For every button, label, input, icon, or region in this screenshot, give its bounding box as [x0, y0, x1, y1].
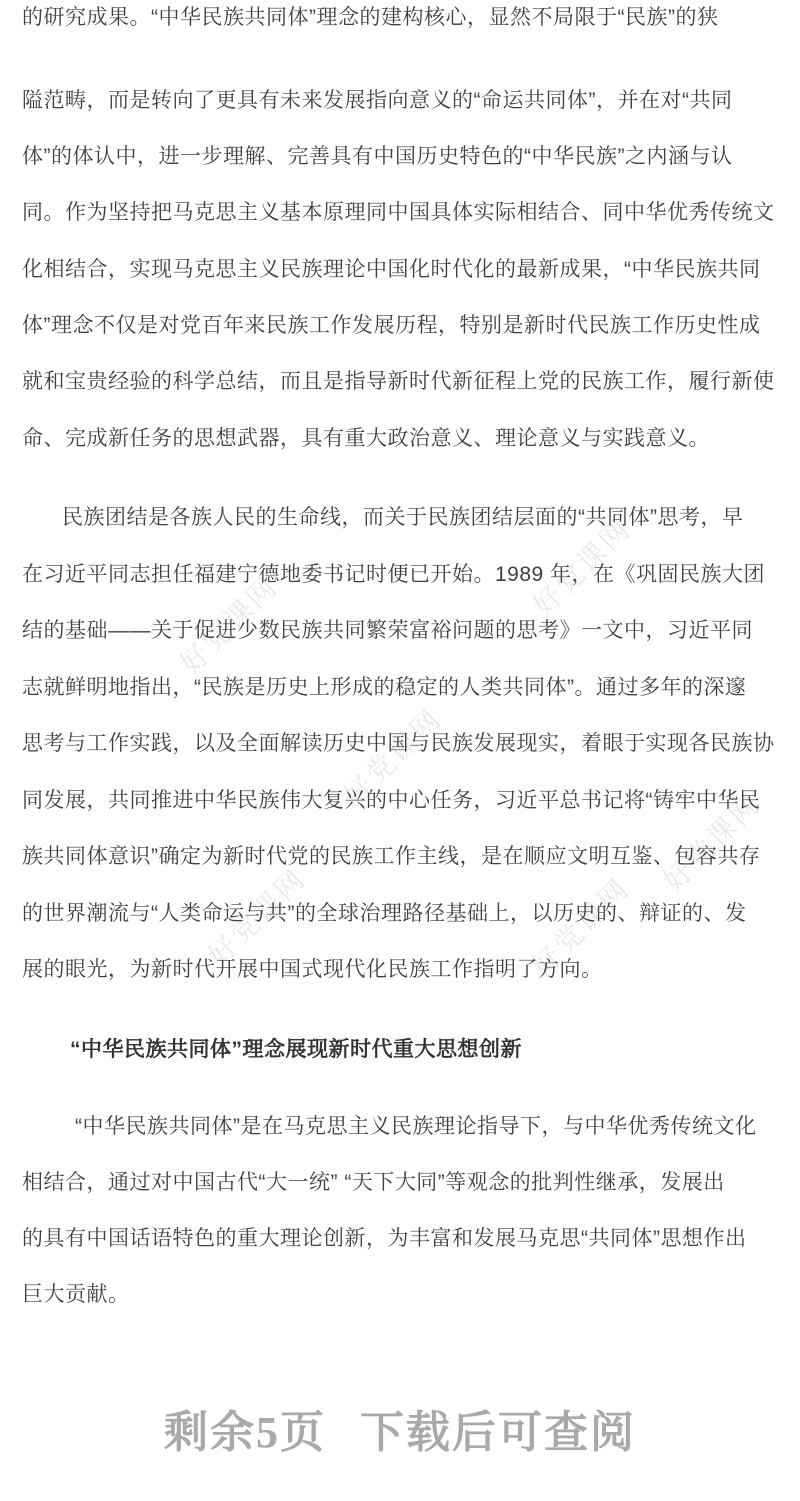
document-preview-page: 好党课网 好党课网 好党课网 好党课网 好党课网 好党课网 的研究成果。“中华民…: [0, 0, 800, 1501]
text-line: 在习近平同志担任福建宁德地委书记时便已开始。1989 年，在《巩固民族大团: [22, 562, 778, 588]
text-line: 相结合，通过对中国古代“大一统” “天下大同”等观念的批判性继承，发展出: [22, 1170, 778, 1196]
text-line: 命、完成新任务的思想武器，具有重大政治意义、理论意义与实践意义。: [22, 426, 778, 452]
text-line: 体”的体认中，进一步理解、完善具有中国历史特色的“中华民族”之内涵与认: [22, 144, 778, 170]
text-line: 结的基础——关于促进少数民族共同繁荣富裕问题的思考》一文中，习近平同: [22, 618, 778, 644]
text-line: 的具有中国话语特色的重大理论创新，为丰富和发展马克思“共同体”思想作出: [22, 1226, 778, 1252]
download-hint-label: 下载后可查阅: [360, 1396, 636, 1460]
text-line: 同发展，共同推进中华民族伟大复兴的中心任务，习近平总书记将“铸牢中华民: [22, 788, 778, 814]
text-line: 族共同体意识”确定为新时代党的民族工作主线，是在顺应文明互鉴、包容共存: [22, 844, 778, 870]
text-line: 民族团结是各族人民的生命线，而关于民族团结层面的“共同体”思考，早: [22, 505, 800, 531]
text-line: 化相结合，实现马克思主义民族理论中国化时代化的最新成果，“中华民族共同: [22, 257, 778, 283]
text-line: 思考与工作实践，以及全面解读历史中国与民族发展现实，着眼于实现各民族协: [22, 731, 778, 757]
text-line: 巨大贡献。: [22, 1282, 778, 1308]
pages-remaining-label: 剩余5页: [164, 1396, 326, 1460]
preview-footer: 剩余5页 下载后可查阅: [0, 1396, 800, 1460]
text-line: 的世界潮流与“人类命运与共”的全球治理路径基础上，以历史的、辩证的、发: [22, 901, 778, 927]
text-line: 志就鲜明地指出，“民族是历史上形成的稳定的人类共同体”。通过多年的深邃: [22, 675, 778, 701]
text-line: 隘范畴，而是转向了更具有未来发展指向意义的“命运共同体”，并在对“共同: [22, 88, 778, 114]
text-line: 展的眼光，为新时代开展中国式现代化民族工作指明了方向。: [22, 957, 778, 983]
text-line: 体”理念不仅是对党百年来民族工作发展历程，特别是新时代民族工作历史性成: [22, 313, 778, 339]
text-line: 的研究成果。“中华民族共同体”理念的建构核心，显然不局限于“民族”的狭: [22, 5, 778, 31]
text-line: 就和宝贵经验的科学总结，而且是指导新时代新征程上党的民族工作，履行新使: [22, 369, 778, 395]
section-heading: “中华民族共同体”理念展现新时代重大思想创新: [22, 1037, 800, 1063]
text-line: 同。作为坚持把马克思主义基本原理同中国具体实际相结合、同中华优秀传统文: [22, 200, 778, 226]
text-line: “中华民族共同体”是在马克思主义民族理论指导下，与中华优秀传统文化: [22, 1114, 800, 1140]
